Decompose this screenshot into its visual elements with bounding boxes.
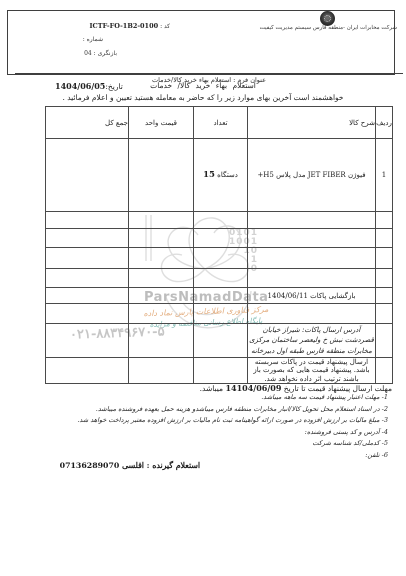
note-1: 1- مهلت اعتبار پیشنهاد قیمت سه ماهه میبا…	[77, 394, 388, 401]
form-header-box: عنوان فرم : استعلام بهاء خرید کالا/خدمات	[7, 10, 395, 75]
item-model-prefix: مدل پلاس	[276, 171, 305, 179]
note-3: 3- مبلغ مالیات بر ارزش افزوده در صورت ار…	[77, 417, 388, 424]
submission-deadline: مهلت ارسال پیشنهاد قیمت تا تاریخ 14104/0…	[200, 383, 392, 393]
col-header-quantity: تعداد	[194, 107, 248, 139]
col-header-total: جمع کل	[46, 107, 129, 139]
quantity-unit: دستگاه	[217, 171, 238, 179]
note-5: 5- کدملی/کد شناسه شرکت	[77, 440, 388, 447]
deadline-suffix: میباشد.	[200, 384, 226, 393]
tci-company-logo-icon	[320, 11, 335, 26]
note-6: 6- تلفن:	[77, 452, 388, 459]
receiver-phone: 07136289070	[60, 461, 120, 470]
sealed-envelope-note: ارسال پیشنهاد قیمت در پاکات سربسته باشد.…	[248, 358, 376, 384]
receiver-name: استعلام گیرنده : اقلسی	[119, 461, 200, 470]
item-row-no: 1	[376, 139, 393, 212]
empty-row	[46, 229, 393, 248]
inquiry-receiver: استعلام گیرنده : اقلسی 07136289070	[60, 461, 200, 470]
item-quantity: 15 دستگاه	[194, 139, 248, 212]
item-total	[46, 139, 129, 212]
doc-code-value: ICTF-FO-1B2-0100	[90, 22, 159, 30]
col-header-unit-price: قیمت واحد	[129, 107, 194, 139]
item-model: +H5	[257, 171, 273, 179]
inquiry-form-page: عنوان فرم : استعلام بهاء خرید کالا/خدمات…	[0, 0, 406, 576]
doc-revision-label: بازنگری :	[94, 50, 117, 57]
empty-row	[46, 304, 393, 324]
sealed-envelope-note-row: ارسال پیشنهاد قیمت در پاکات سربسته باشد.…	[46, 358, 393, 384]
item-brand: JET FIBER	[308, 171, 346, 179]
item-row-1: 1 فیوژن JET FIBER مدل پلاس +H5 15 دستگاه	[46, 139, 393, 212]
terms-notes-list: 1- مهلت اعتبار پیشنهاد قیمت سه ماهه میبا…	[77, 394, 388, 463]
date-value: 1404/06/05	[55, 81, 105, 91]
deadline-prefix: مهلت ارسال پیشنهاد قیمت تا تاریخ	[281, 384, 392, 393]
doc-number-label: شماره :	[83, 36, 103, 43]
item-name: فیوژن	[348, 171, 366, 179]
envelope-opening-row: بازگشایی پاکات 1404/06/11	[46, 288, 393, 304]
doc-code: کد : ICTF-FO-1B2-0100	[90, 22, 170, 30]
note-2: 2- در اسناد استعلام محل تحویل کالا/انبار…	[77, 406, 388, 413]
empty-row	[46, 269, 393, 288]
inquiry-items-table: ردیف شرح کالا تعداد قیمت واحد جمع کل 1 ف…	[45, 106, 393, 384]
inquiry-date: تاریخ:1404/06/05	[55, 81, 123, 91]
table-header-row: ردیف شرح کالا تعداد قیمت واحد جمع کل	[46, 107, 393, 139]
doc-code-label: کد :	[160, 23, 170, 30]
col-header-row-no: ردیف	[376, 107, 393, 139]
doc-revision-value: 04	[84, 50, 92, 57]
empty-row	[46, 212, 393, 229]
request-sentence: خواهشمند است آخرین بهای موارد زیر را که …	[0, 93, 406, 102]
envelope-opening-date: بازگشایی پاکات 1404/06/11	[248, 288, 376, 304]
item-unit-price	[129, 139, 194, 212]
date-label: تاریخ:	[105, 82, 122, 91]
note-4: 4- آدرس و کد پستی فروشنده:	[77, 429, 388, 436]
col-header-description: شرح کالا	[248, 107, 376, 139]
quantity-number: 15	[203, 170, 215, 180]
empty-row	[46, 248, 393, 269]
submission-address: آدرس ارسال پاکات: شیراز خیابان قصردشت نب…	[248, 324, 376, 358]
submission-address-row: آدرس ارسال پاکات: شیراز خیابان قصردشت نب…	[46, 324, 393, 358]
item-description: فیوژن JET FIBER مدل پلاس +H5	[248, 139, 376, 212]
doc-revision: بازنگری : 04	[84, 50, 117, 57]
deadline-date: 14104/06/09	[225, 383, 281, 393]
company-name: شرکت مخابرات ایران -منطقه فارس سیستم مدی…	[260, 25, 397, 31]
